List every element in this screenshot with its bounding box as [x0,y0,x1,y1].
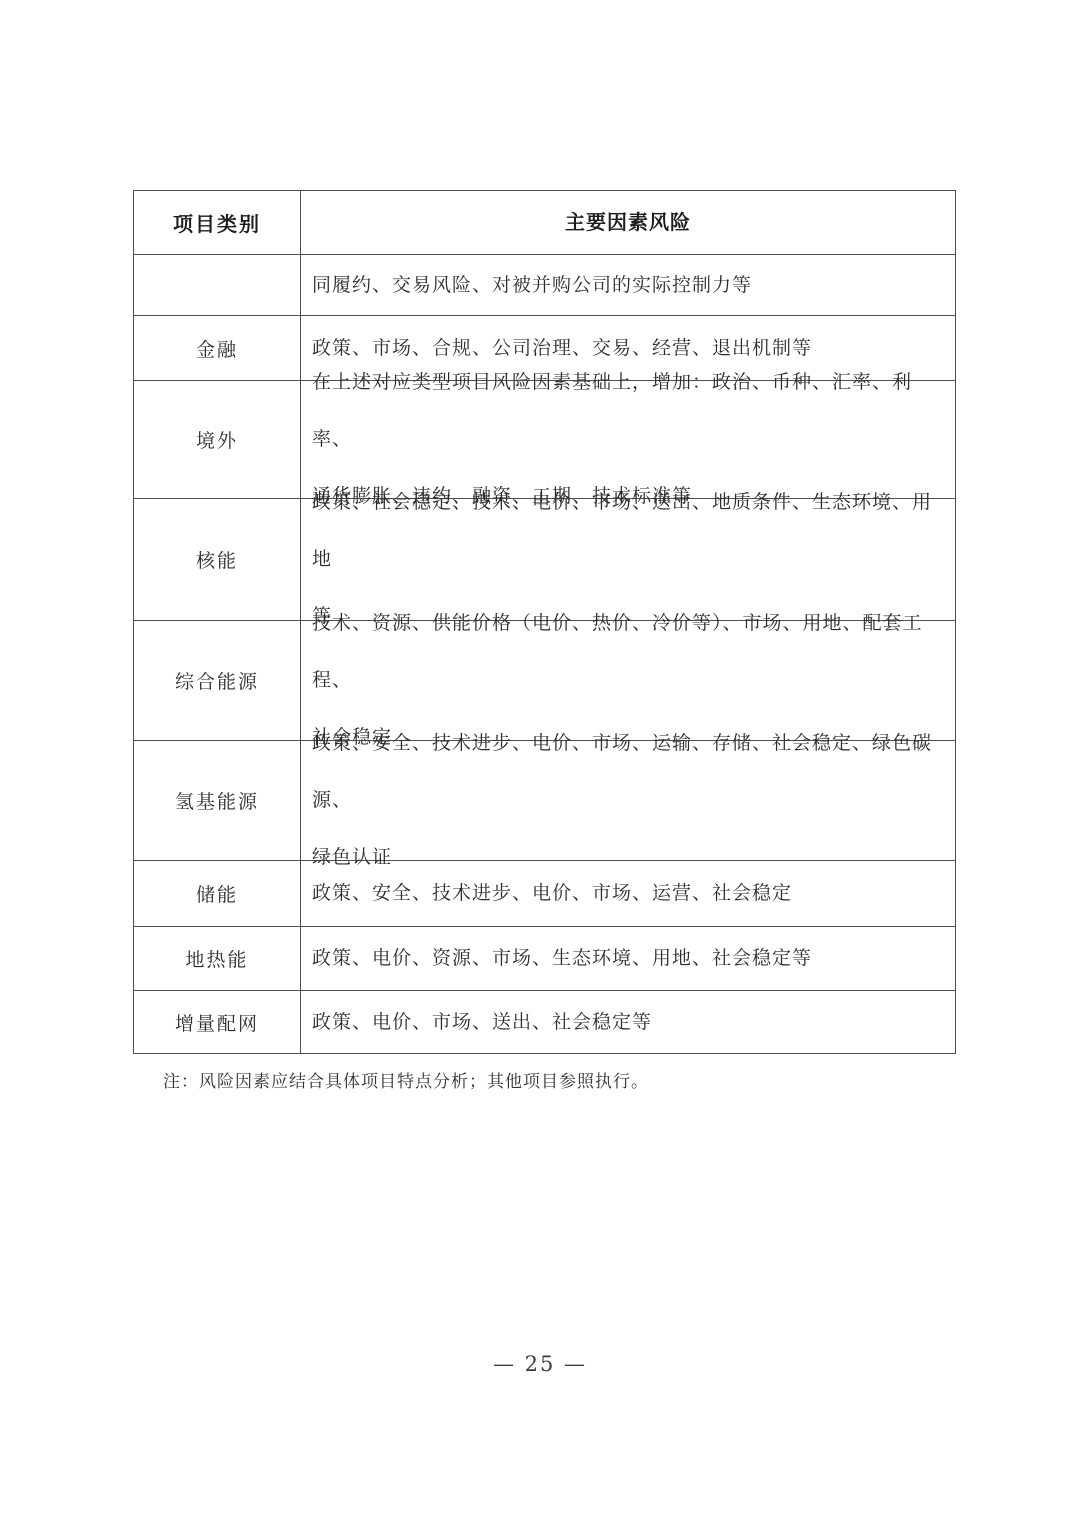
risk-cell: 政策、电价、资源、市场、生态环境、用地、社会稳定等 [301,927,955,990]
category-cell: 综合能源 [134,621,301,740]
risk-cell: 政策、安全、技术进步、电价、市场、运营、社会稳定 [301,861,955,926]
table-row: 同履约、交易风险、对被并购公司的实际控制力等 [134,254,955,315]
category-cell: 地热能 [134,927,301,990]
risk-cell: 政策、安全、技术进步、电价、市场、运输、存储、社会稳定、绿色碳源、 绿色认证 [301,741,955,860]
risk-factor-table: 项目类别 主要因素风险 同履约、交易风险、对被并购公司的实际控制力等 金融 政策… [133,190,956,1054]
category-cell: 增量配网 [134,991,301,1053]
category-cell: 氢基能源 [134,741,301,860]
category-cell: 储能 [134,861,301,926]
risk-cell: 同履约、交易风险、对被并购公司的实际控制力等 [301,255,955,315]
header-category: 项目类别 [134,191,301,254]
table-row: 储能 政策、安全、技术进步、电价、市场、运营、社会稳定 [134,860,955,926]
table-footnote: 注：风险因素应结合具体项目特点分析；其他项目参照执行。 [163,1067,649,1092]
table-row: 地热能 政策、电价、资源、市场、生态环境、用地、社会稳定等 [134,926,955,990]
category-cell: 境外 [134,381,301,498]
category-cell: 核能 [134,499,301,620]
page-number: — 25 — [0,1352,1080,1376]
document-page: 项目类别 主要因素风险 同履约、交易风险、对被并购公司的实际控制力等 金融 政策… [0,0,1080,1527]
header-risks: 主要因素风险 [301,191,955,254]
risk-cell: 政策、电价、市场、送出、社会稳定等 [301,991,955,1053]
table-row: 氢基能源 政策、安全、技术进步、电价、市场、运输、存储、社会稳定、绿色碳源、 绿… [134,740,955,860]
table-row: 增量配网 政策、电价、市场、送出、社会稳定等 [134,990,955,1053]
table-header-row: 项目类别 主要因素风险 [134,191,955,254]
category-cell [134,255,301,315]
category-cell: 金融 [134,316,301,380]
